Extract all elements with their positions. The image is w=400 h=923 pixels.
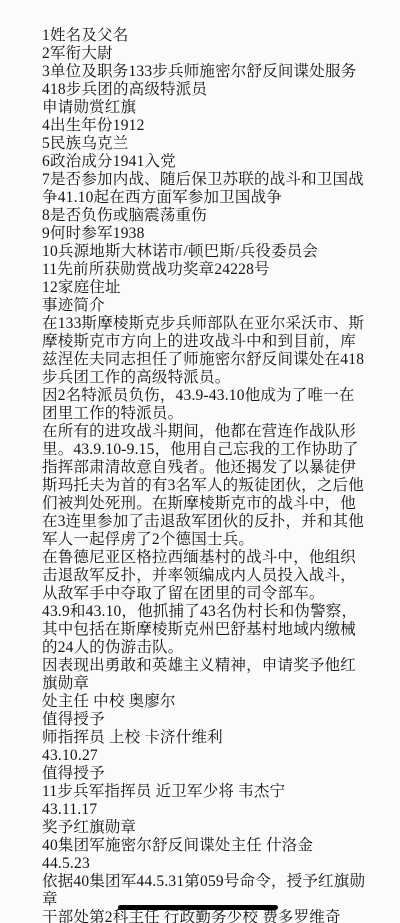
text-line: 摩棱斯克市方向上的进攻战斗中和到目前，库 [42,333,372,351]
text-line: 干部处第2科主任 行政勤务少校 费多罗维奇 [42,909,372,923]
text-line: 击退敌军反扑，并率领编成内人员投入战斗， [42,567,372,585]
text-line: 依据40集团军44.5.31第059号命令，授予红旗勋 [42,873,372,891]
text-line: 申请勋赏红旗 [42,99,372,117]
text-line: 处主任 中校 奥廖尔 [42,693,372,711]
text-line: 10兵源地斯大林诺市/顿巴斯/兵役委员会 [42,243,372,261]
text-line: 在所有的进攻战斗期间，他都在营连作战队形 [42,423,372,441]
text-line: 4出生年份1912 [42,117,372,135]
text-line: 8是否负伤或脑震荡重伤 [42,207,372,225]
text-line: 步兵团工作的高级特派员。 [42,369,372,387]
redaction-bar [118,905,278,910]
text-line: 11先前所获勋赏战功奖章24228号 [42,261,372,279]
text-line: 11步兵军指挥员 近卫军少将 韦杰宁 [42,783,372,801]
text-line: 兹涅佐夫同志担任了师施密尔舒反间谍处在418 [42,351,372,369]
text-line: 418步兵团的高级特派员 [42,81,372,99]
document-text: 1姓名及父名2军衔大尉3单位及职务133步兵师施密尔舒反间谍处服务418步兵团的… [42,27,372,923]
text-line: 事迹简介 [42,297,372,315]
text-line: 6政治成分1941入党 [42,153,372,171]
text-line: 其中包括在斯摩棱斯克州巴舒基村地域内缴械 [42,621,372,639]
text-line: 在133斯摩棱斯克步兵师部队在亚尔采沃市、斯 [42,315,372,333]
text-line: 3单位及职务133步兵师施密尔舒反间谍处服务 [42,63,372,81]
text-line: 40集团军施密尔舒反间谍处主任 什洛金 [42,837,372,855]
text-line: 里。43.9.10-9.15，他用自己忘我的工作协助了 [42,441,372,459]
section-endorsements: 处主任 中校 奥廖尔值得授予师指挥员 上校 卡济什维利43.10.27值得授予1… [42,693,372,923]
text-line: 斯玛托夫为首的有3名军人的叛徒团伙，之后他 [42,477,372,495]
text-line: 43.11.17 [42,801,372,819]
text-line: 12家庭住址 [42,279,372,297]
text-line: 旗勋章 [42,675,372,693]
text-line: 值得授予 [42,765,372,783]
text-line: 因2名特派员负伤，43.9-43.10他成为了唯一在 [42,387,372,405]
text-line: 2军衔大尉 [42,45,372,63]
text-line: 在3连里参加了击退敌军团伙的反扑，并和其他 [42,513,372,531]
section-award-form-fields: 1姓名及父名2军衔大尉3单位及职务133步兵师施密尔舒反间谍处服务418步兵团的… [42,27,372,297]
text-line: 7是否参加内战、随后保卫苏联的战斗和卫国战 [42,171,372,189]
text-line: 9何时参军1938 [42,225,372,243]
text-line: 43.9和43.10，他抓捕了43名伪村长和伪警察， [42,603,372,621]
text-line: 1姓名及父名 [42,27,372,45]
text-line: 师指挥员 上校 卡济什维利 [42,729,372,747]
text-line: 因表现出勇敢和英雄主义精神，申请奖予他红 [42,657,372,675]
document-page: 1姓名及父名2军衔大尉3单位及职务133步兵师施密尔舒反间谍处服务418步兵团的… [0,0,400,923]
text-line: 们被判处死刑。在斯摩棱斯克市的战斗中，他 [42,495,372,513]
text-line: 在鲁德尼亚区格拉西缅基村的战斗中，他组织 [42,549,372,567]
section-citation: 事迹简介在133斯摩棱斯克步兵师部队在亚尔采沃市、斯摩棱斯克市方向上的进攻战斗中… [42,297,372,693]
text-line: 的24人的伪游击队。 [42,639,372,657]
text-line: 争41.10起在西方面军参加卫国战争 [42,189,372,207]
text-line: 5民族乌克兰 [42,135,372,153]
text-line: 43.10.27 [42,747,372,765]
text-line: 奖予红旗勋章 [42,819,372,837]
text-line: 44.5.23 [42,855,372,873]
text-line: 值得授予 [42,711,372,729]
text-line: 指挥部肃清故意自残者。他还揭发了以暴徒伊 [42,459,372,477]
text-line: 团里工作的特派员。 [42,405,372,423]
text-line: 从敌军手中夺取了留在团里的司令部车。 [42,585,372,603]
text-line: 军人一起俘虏了2个德国士兵。 [42,531,372,549]
